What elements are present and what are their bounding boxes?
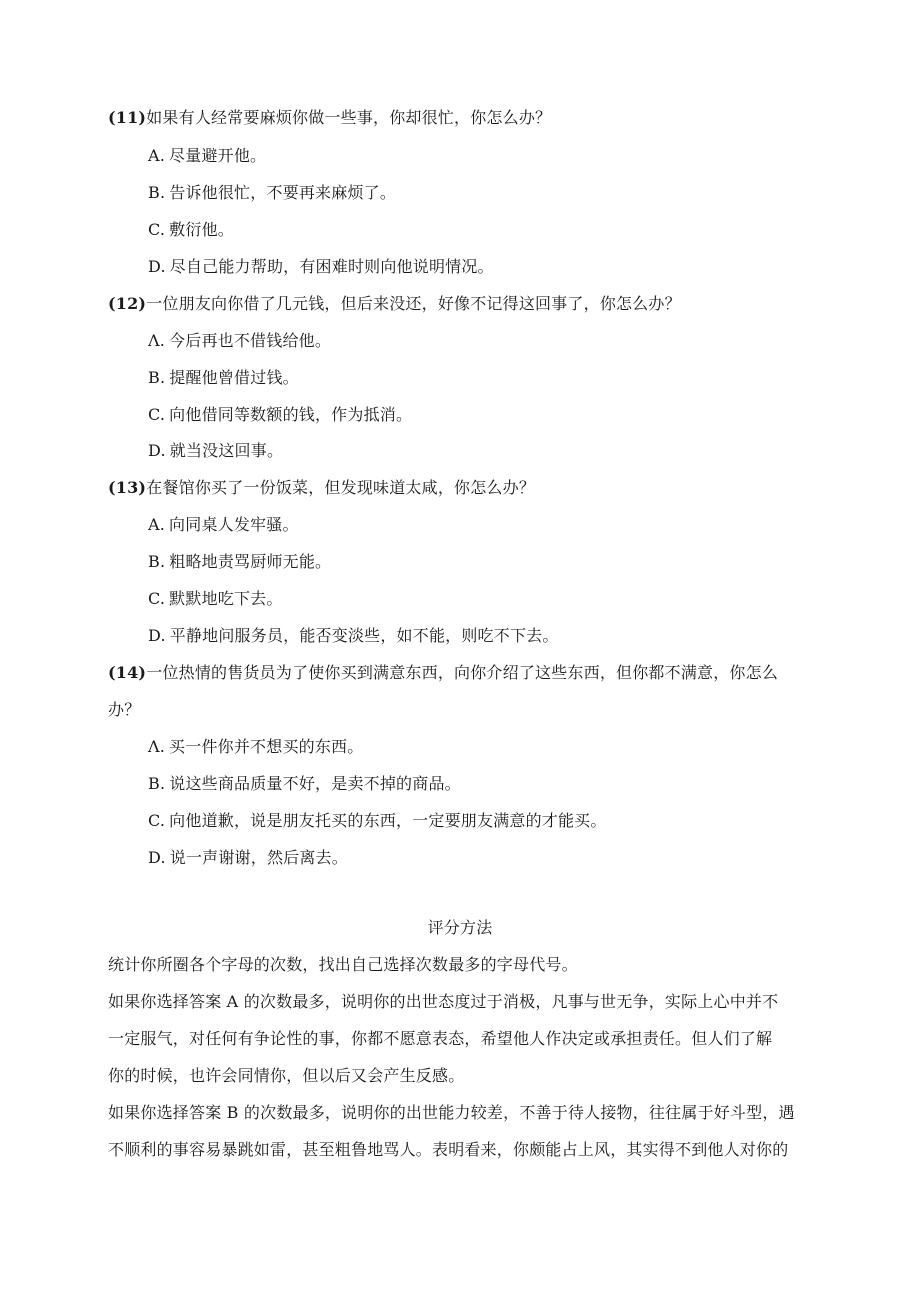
question-14-continued: 办？ bbox=[108, 700, 140, 720]
question-14: (14)一位热情的售货员为了使你买到满意东西，向你介绍了这些东西，但你都不满意，… bbox=[108, 663, 778, 683]
option-label: B. bbox=[148, 552, 165, 571]
option-14-d: D.说一声谢谢，然后离去。 bbox=[148, 848, 348, 868]
question-12: (12)一位朋友向你借了几元钱，但后来没还，好像不记得这回事了，你怎么办？ bbox=[108, 294, 681, 314]
option-label: D. bbox=[148, 848, 166, 867]
scoring-line-3: 一定服气，对任何有争论性的事，你都不愿意表态，希望他人作决定或承担责任。但人们了… bbox=[108, 1029, 772, 1049]
option-label: C. bbox=[148, 405, 165, 424]
option-text: 告诉他很忙，不要再来麻烦了。 bbox=[169, 183, 396, 202]
question-11: (11)如果有人经常要麻烦你做一些事，你却很忙，你怎么办？ bbox=[108, 108, 551, 128]
option-text: 粗略地责骂厨师无能。 bbox=[169, 552, 331, 571]
option-13-b: B.粗略地责骂厨师无能。 bbox=[148, 552, 331, 572]
option-label: A. bbox=[148, 146, 165, 165]
option-text: 今后再也不借钱给他。 bbox=[169, 331, 331, 350]
option-12-b: B.提醒他曾借过钱。 bbox=[148, 368, 299, 388]
option-text: 说一声谢谢，然后离去。 bbox=[170, 848, 348, 867]
option-text: 向同桌人发牢骚。 bbox=[169, 515, 299, 534]
scoring-line-6: 不顺利的事容易暴跳如雷，甚至粗鲁地骂人。表明看来，你颇能占上风，其实得不到他人对… bbox=[108, 1140, 788, 1160]
option-text: 尽量避开他。 bbox=[169, 146, 266, 165]
option-13-a: A.向同桌人发牢骚。 bbox=[148, 515, 299, 535]
option-12-a: Λ.今后再也不借钱给他。 bbox=[148, 331, 331, 351]
option-text: 默默地吃下去。 bbox=[169, 589, 282, 608]
option-text: 平静地问服务员，能否变淡些，如不能，则吃不下去。 bbox=[170, 626, 559, 645]
option-text: 提醒他曾借过钱。 bbox=[169, 368, 299, 387]
question-number: (14) bbox=[108, 663, 146, 682]
option-label: D. bbox=[148, 626, 166, 645]
option-text: 就当没这回事。 bbox=[170, 441, 283, 460]
question-text: 如果有人经常要麻烦你做一些事，你却很忙，你怎么办？ bbox=[146, 108, 551, 127]
option-label: Λ. bbox=[148, 737, 165, 756]
option-11-c: C.敷衍他。 bbox=[148, 220, 234, 240]
option-13-d: D.平静地问服务员，能否变淡些，如不能，则吃不下去。 bbox=[148, 626, 559, 646]
scoring-line-5: 如果你选择答案 B 的次数最多，说明你的出世能力较差，不善于待人接物，往往属于好… bbox=[108, 1103, 795, 1123]
option-text: 敷衍他。 bbox=[169, 220, 234, 239]
option-13-c: C.默默地吃下去。 bbox=[148, 589, 283, 609]
option-label: C. bbox=[148, 220, 165, 239]
scoring-line-4: 你的时候，也许会同情你，但以后又会产生反感。 bbox=[108, 1066, 464, 1086]
option-label: A. bbox=[148, 515, 165, 534]
option-14-a: Λ.买一件你并不想买的东西。 bbox=[148, 737, 363, 757]
option-label: B. bbox=[148, 368, 165, 387]
option-11-a: A.尽量避开他。 bbox=[148, 146, 266, 166]
scoring-title: 评分方法 bbox=[0, 918, 920, 938]
option-11-d: D.尽自己能力帮助，有困难时则向他说明情况。 bbox=[148, 257, 494, 277]
option-11-b: B.告诉他很忙，不要再来麻烦了。 bbox=[148, 183, 396, 203]
scoring-line-1: 统计你所圈各个字母的次数，找出自己选择次数最多的字母代号。 bbox=[108, 955, 578, 975]
option-text: 说这些商品质量不好，是卖不掉的商品。 bbox=[169, 774, 461, 793]
question-13: (13)在餐馆你买了一份饭菜，但发现味道太咸，你怎么办？ bbox=[108, 478, 535, 498]
option-label: C. bbox=[148, 589, 165, 608]
question-number: (11) bbox=[108, 108, 146, 127]
option-text: 尽自己能力帮助，有困难时则向他说明情况。 bbox=[170, 257, 494, 276]
option-label: D. bbox=[148, 441, 166, 460]
option-12-c: C.向他借同等数额的钱，作为抵消。 bbox=[148, 405, 412, 425]
option-label: D. bbox=[148, 257, 166, 276]
option-12-d: D.就当没这回事。 bbox=[148, 441, 283, 461]
option-label: B. bbox=[148, 183, 165, 202]
question-number: (13) bbox=[108, 478, 146, 497]
option-text: 向他借同等数额的钱，作为抵消。 bbox=[169, 405, 412, 424]
option-label: Λ. bbox=[148, 331, 165, 350]
option-text: 向他道歉，说是朋友托买的东西，一定要朋友满意的才能买。 bbox=[169, 811, 606, 830]
option-14-b: B.说这些商品质量不好，是卖不掉的商品。 bbox=[148, 774, 461, 794]
option-14-c: C.向他道歉，说是朋友托买的东西，一定要朋友满意的才能买。 bbox=[148, 811, 607, 831]
option-label: B. bbox=[148, 774, 165, 793]
scoring-line-2: 如果你选择答案 A 的次数最多，说明你的出世态度过于消极，凡事与世无争，实际上心… bbox=[108, 992, 778, 1012]
question-text: 一位朋友向你借了几元钱，但后来没还，好像不记得这回事了，你怎么办？ bbox=[146, 294, 681, 313]
question-number: (12) bbox=[108, 294, 146, 313]
question-text: 在餐馆你买了一份饭菜，但发现味道太咸，你怎么办？ bbox=[146, 478, 535, 497]
question-text-line-1: 一位热情的售货员为了使你买到满意东西，向你介绍了这些东西，但你都不满意，你怎么 bbox=[146, 663, 778, 682]
option-text: 买一件你并不想买的东西。 bbox=[169, 737, 363, 756]
option-label: C. bbox=[148, 811, 165, 830]
